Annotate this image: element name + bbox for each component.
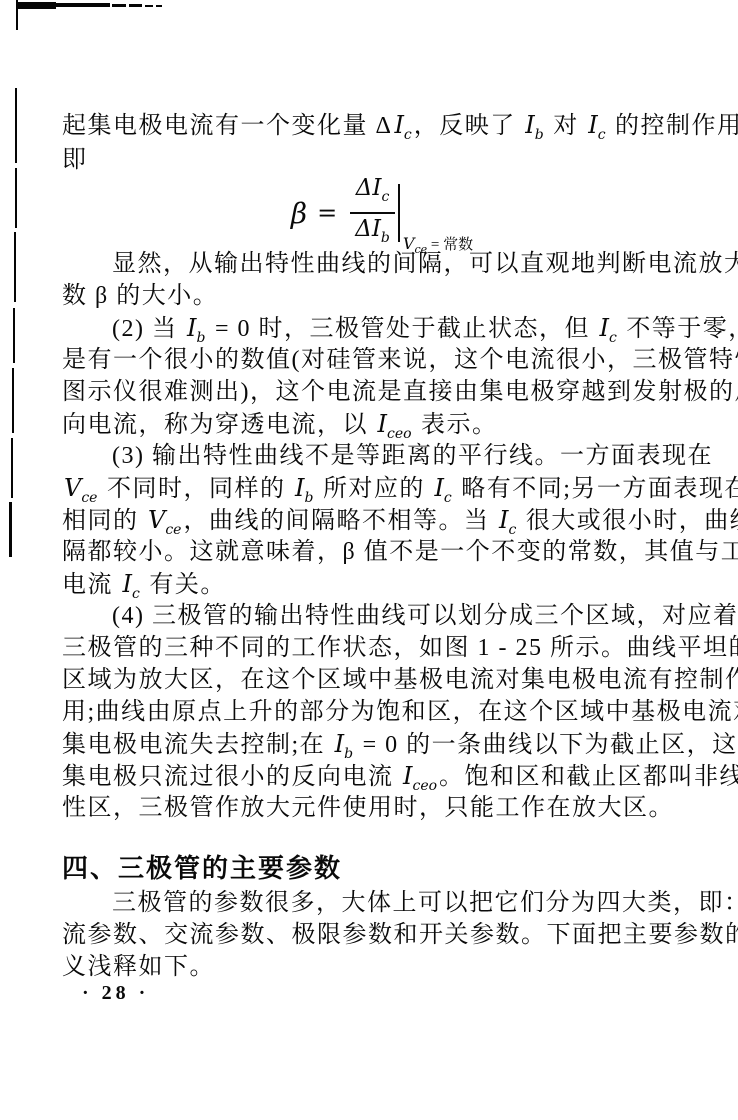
math-variable: Ic [121,570,142,598]
current-variable: I [372,216,381,242]
subscript: b [381,230,390,246]
delta-symbol: Δ [356,175,373,201]
text-line: 向电流，称为穿透电流，以 Iceo 表示。 [62,408,702,440]
text-line: 区域为放大区，在这个区域中基极电流对集电极电流有控制作 [62,664,702,696]
text-line: 是有一个很小的数值(对硅管来说，这个电流很小，三极管特性 [62,344,702,376]
math-variable: Ic [392,111,413,139]
scanned-book-page: 起集电极电流有一个变化量 ΔIc，反映了 Ib 对 Ic 的控制作用，即 β =… [0,0,738,1120]
scan-mark [18,2,56,9]
math-variable: Iceo [376,410,414,438]
scan-mark [11,438,13,498]
page-number: · 28 · [82,982,149,1005]
text-line: 电流 Ic 有关。 [62,568,702,600]
formula-beta-symbol: β [291,197,307,230]
formula-beta-definition: β = ΔIc ΔIb Vce = 常数 [62,178,702,248]
math-variable: Ic [432,474,453,502]
math-variable: Vce [146,506,183,534]
text-line: (3) 输出特性曲线不是等距离的平行线。一方面表现在 [62,440,702,472]
paragraph-parameters: 三极管的参数很多，大体上可以把它们分为四大类，即：直流参数、交流参数、极限参数和… [62,887,702,983]
text-line: 显然，从输出特性曲线的间隔，可以直观地判断电流放大系 [62,248,702,280]
text-line: 相同的 Vce，曲线的间隔略不相等。当 Ic 很大或很小时，曲线间 [62,504,702,536]
text-line: 图示仪很难测出)，这个电流是直接由集电极穿越到发射极的反 [62,376,702,408]
text-line: 集电极电流失去控制;在 Ib = 0 的一条曲线以下为截止区，这时 [62,728,702,760]
formula-equals-sign: = [317,199,337,227]
scan-mark [14,232,16,302]
scan-mark [156,5,162,7]
scan-mark [145,5,153,7]
subscript: c [381,189,389,205]
text-line: (2) 当 Ib = 0 时，三极管处于截止状态，但 Ic 不等于零，而 [62,312,702,344]
scan-mark [9,502,12,557]
text-line: 数 β 的大小。 [62,280,702,312]
math-variable: Ic [597,314,618,342]
text-line: 即 [62,143,702,178]
formula-denominator: ΔIb [349,214,396,252]
delta-symbol: Δ [355,216,372,242]
math-variable: Vce [62,474,99,502]
text-line: 义浅释如下。 [62,951,702,983]
evaluation-bar [398,184,400,242]
text-line: Vce 不同时，同样的 Ib 所对应的 Ic 略有不同;另一方面表现在对 [62,472,702,504]
text-line: 集电极只流过很小的反向电流 Iceo。饱和区和截止区都叫非线 [62,760,702,792]
scan-mark [112,4,126,7]
formula-numerator: ΔIc [350,174,396,214]
scan-mark [13,308,15,363]
scan-mark [15,168,17,228]
text-line: (4) 三极管的输出特性曲线可以划分成三个区域，对应着 [62,600,702,632]
math-variable: Ic [497,506,518,534]
text-line: 三极管的三种不同的工作状态，如图 1 - 25 所示。曲线平坦的 [62,632,702,664]
math-variable: Ib [333,730,355,758]
page-content: 起集电极电流有一个变化量 ΔIc，反映了 Ib 对 Ic 的控制作用，即 β =… [62,108,702,983]
scan-mark [16,0,18,30]
scan-mark [15,88,17,163]
paragraphs-observations: 显然，从输出特性曲线的间隔，可以直观地判断电流放大系数 β 的大小。(2) 当 … [62,248,702,824]
math-variable: Ib [293,474,315,502]
scan-mark [129,4,142,7]
scan-mark [12,368,14,433]
text-line: 用;曲线由原点上升的部分为饱和区，在这个区域中基极电流对 [62,696,702,728]
text-line: 隔都较小。这就意味着，β 值不是一个不变的常数，其值与工作 [62,536,702,568]
paragraph-intro: 起集电极电流有一个变化量 ΔIc，反映了 Ib 对 Ic 的控制作用，即 [62,108,702,178]
text-line: 流参数、交流参数、极限参数和开关参数。下面把主要参数的意 [62,919,702,951]
math-variable: Ic [586,111,607,139]
math-variable: Ib [523,111,545,139]
scan-mark [56,3,110,7]
text-line: 起集电极电流有一个变化量 ΔIc，反映了 Ib 对 Ic 的控制作用， [62,108,702,143]
math-variable: Ib [185,314,207,342]
text-line: 三极管的参数很多，大体上可以把它们分为四大类，即：直 [62,887,702,919]
formula-fraction: ΔIc ΔIb [349,174,396,252]
section-heading: 四、三极管的主要参数 [62,851,702,885]
math-variable: Iceo [401,762,439,790]
text-line: 性区，三极管作放大元件使用时，只能工作在放大区。 [62,792,702,824]
